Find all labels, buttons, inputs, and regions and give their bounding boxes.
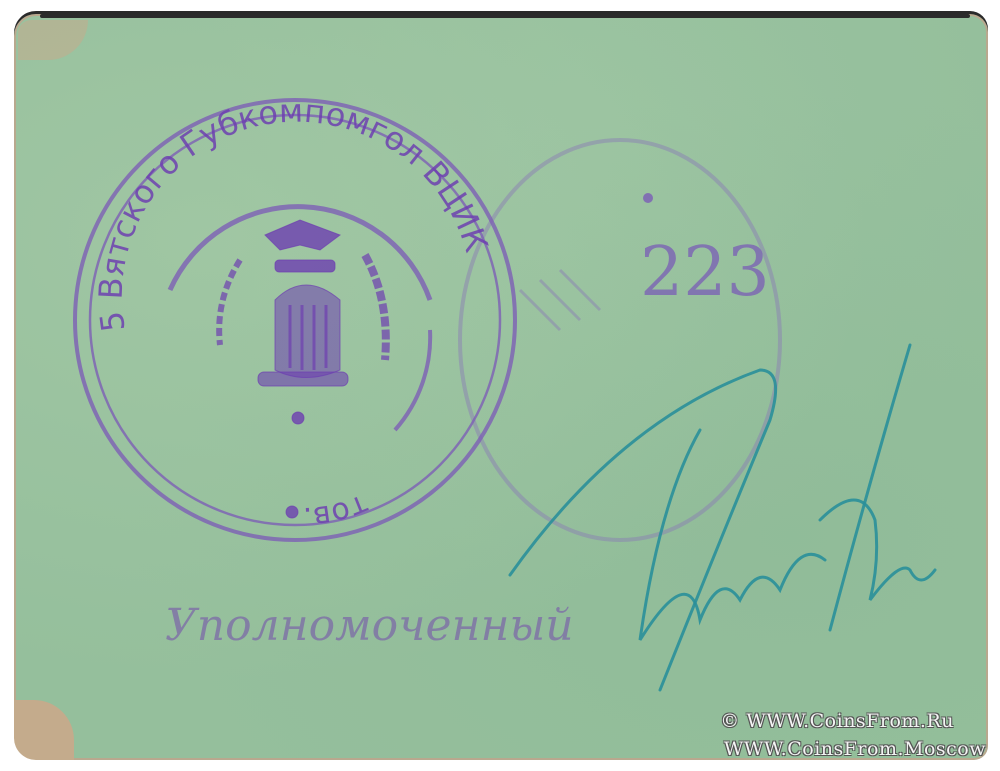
faint-second-stamp: [460, 140, 780, 540]
signature: [510, 345, 935, 690]
watermark-line-2: WWW.CoinsFrom.Moscow: [724, 738, 986, 760]
ink-layer: 5 Вятского Губкомпомгол ВЦИК тов. 223 Уп…: [0, 0, 1000, 771]
watermark-line-1: © WWW.CoinsFrom.Ru: [720, 710, 954, 732]
serial-number: 223: [640, 233, 770, 312]
double-headed-eagle-icon: [219, 220, 386, 518]
authorized-title: Уполномоченный: [165, 600, 574, 651]
star-dot: [643, 193, 653, 203]
